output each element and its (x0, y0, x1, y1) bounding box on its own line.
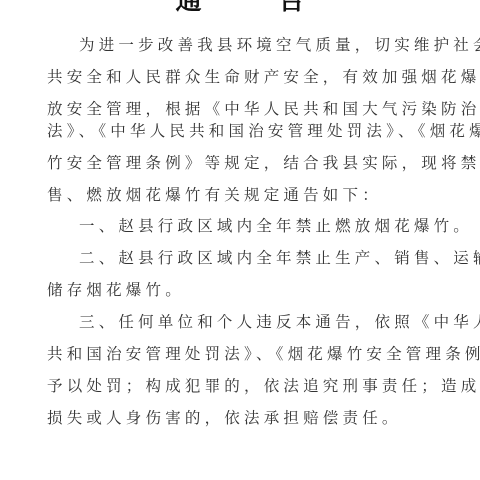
paragraph-intro-line-1: 为进一步改善我县环境空气质量，切实维护社会公 (79, 35, 469, 55)
paragraph-intro-line-6: 售、燃放烟花爆竹有关规定通告如下： (47, 185, 437, 205)
rule-2-line-2: 储存烟花爆竹。 (47, 280, 437, 300)
document-title: 通 告 (0, 0, 480, 16)
rule-1: 一、赵县行政区域内全年禁止燃放烟花爆竹。 (79, 216, 469, 236)
rule-3-line-3: 予以处罚；构成犯罪的，依法追究刑事责任；造成财产 (47, 376, 437, 396)
paragraph-intro-line-2: 共安全和人民群众生命财产安全，有效加强烟花爆竹燃 (47, 67, 437, 87)
paragraph-intro-line-4: 法》、《中华人民共和国治安管理处罚法》、《烟花爆 (47, 121, 437, 141)
paragraph-intro-line-5: 竹安全管理条例》等规定，结合我县实际，现将禁止销 (47, 153, 437, 173)
notice-document: 通 告 为进一步改善我县环境空气质量，切实维护社会公 共安全和人民群众生命财产安… (0, 0, 480, 480)
rule-3-line-2: 共和国治安管理处罚法》、《烟花爆竹安全管理条例》 (47, 344, 437, 364)
rule-2-line-1: 二、赵县行政区域内全年禁止生产、销售、运输、 (79, 248, 469, 268)
paragraph-intro-line-3: 放安全管理，根据《中华人民共和国大气污染防治 (47, 99, 437, 119)
rule-3-line-4: 损失或人身伤害的，依法承担赔偿责任。 (47, 408, 437, 428)
rule-3-line-1: 三、任何单位和个人违反本通告，依照《中华人民 (79, 312, 469, 332)
